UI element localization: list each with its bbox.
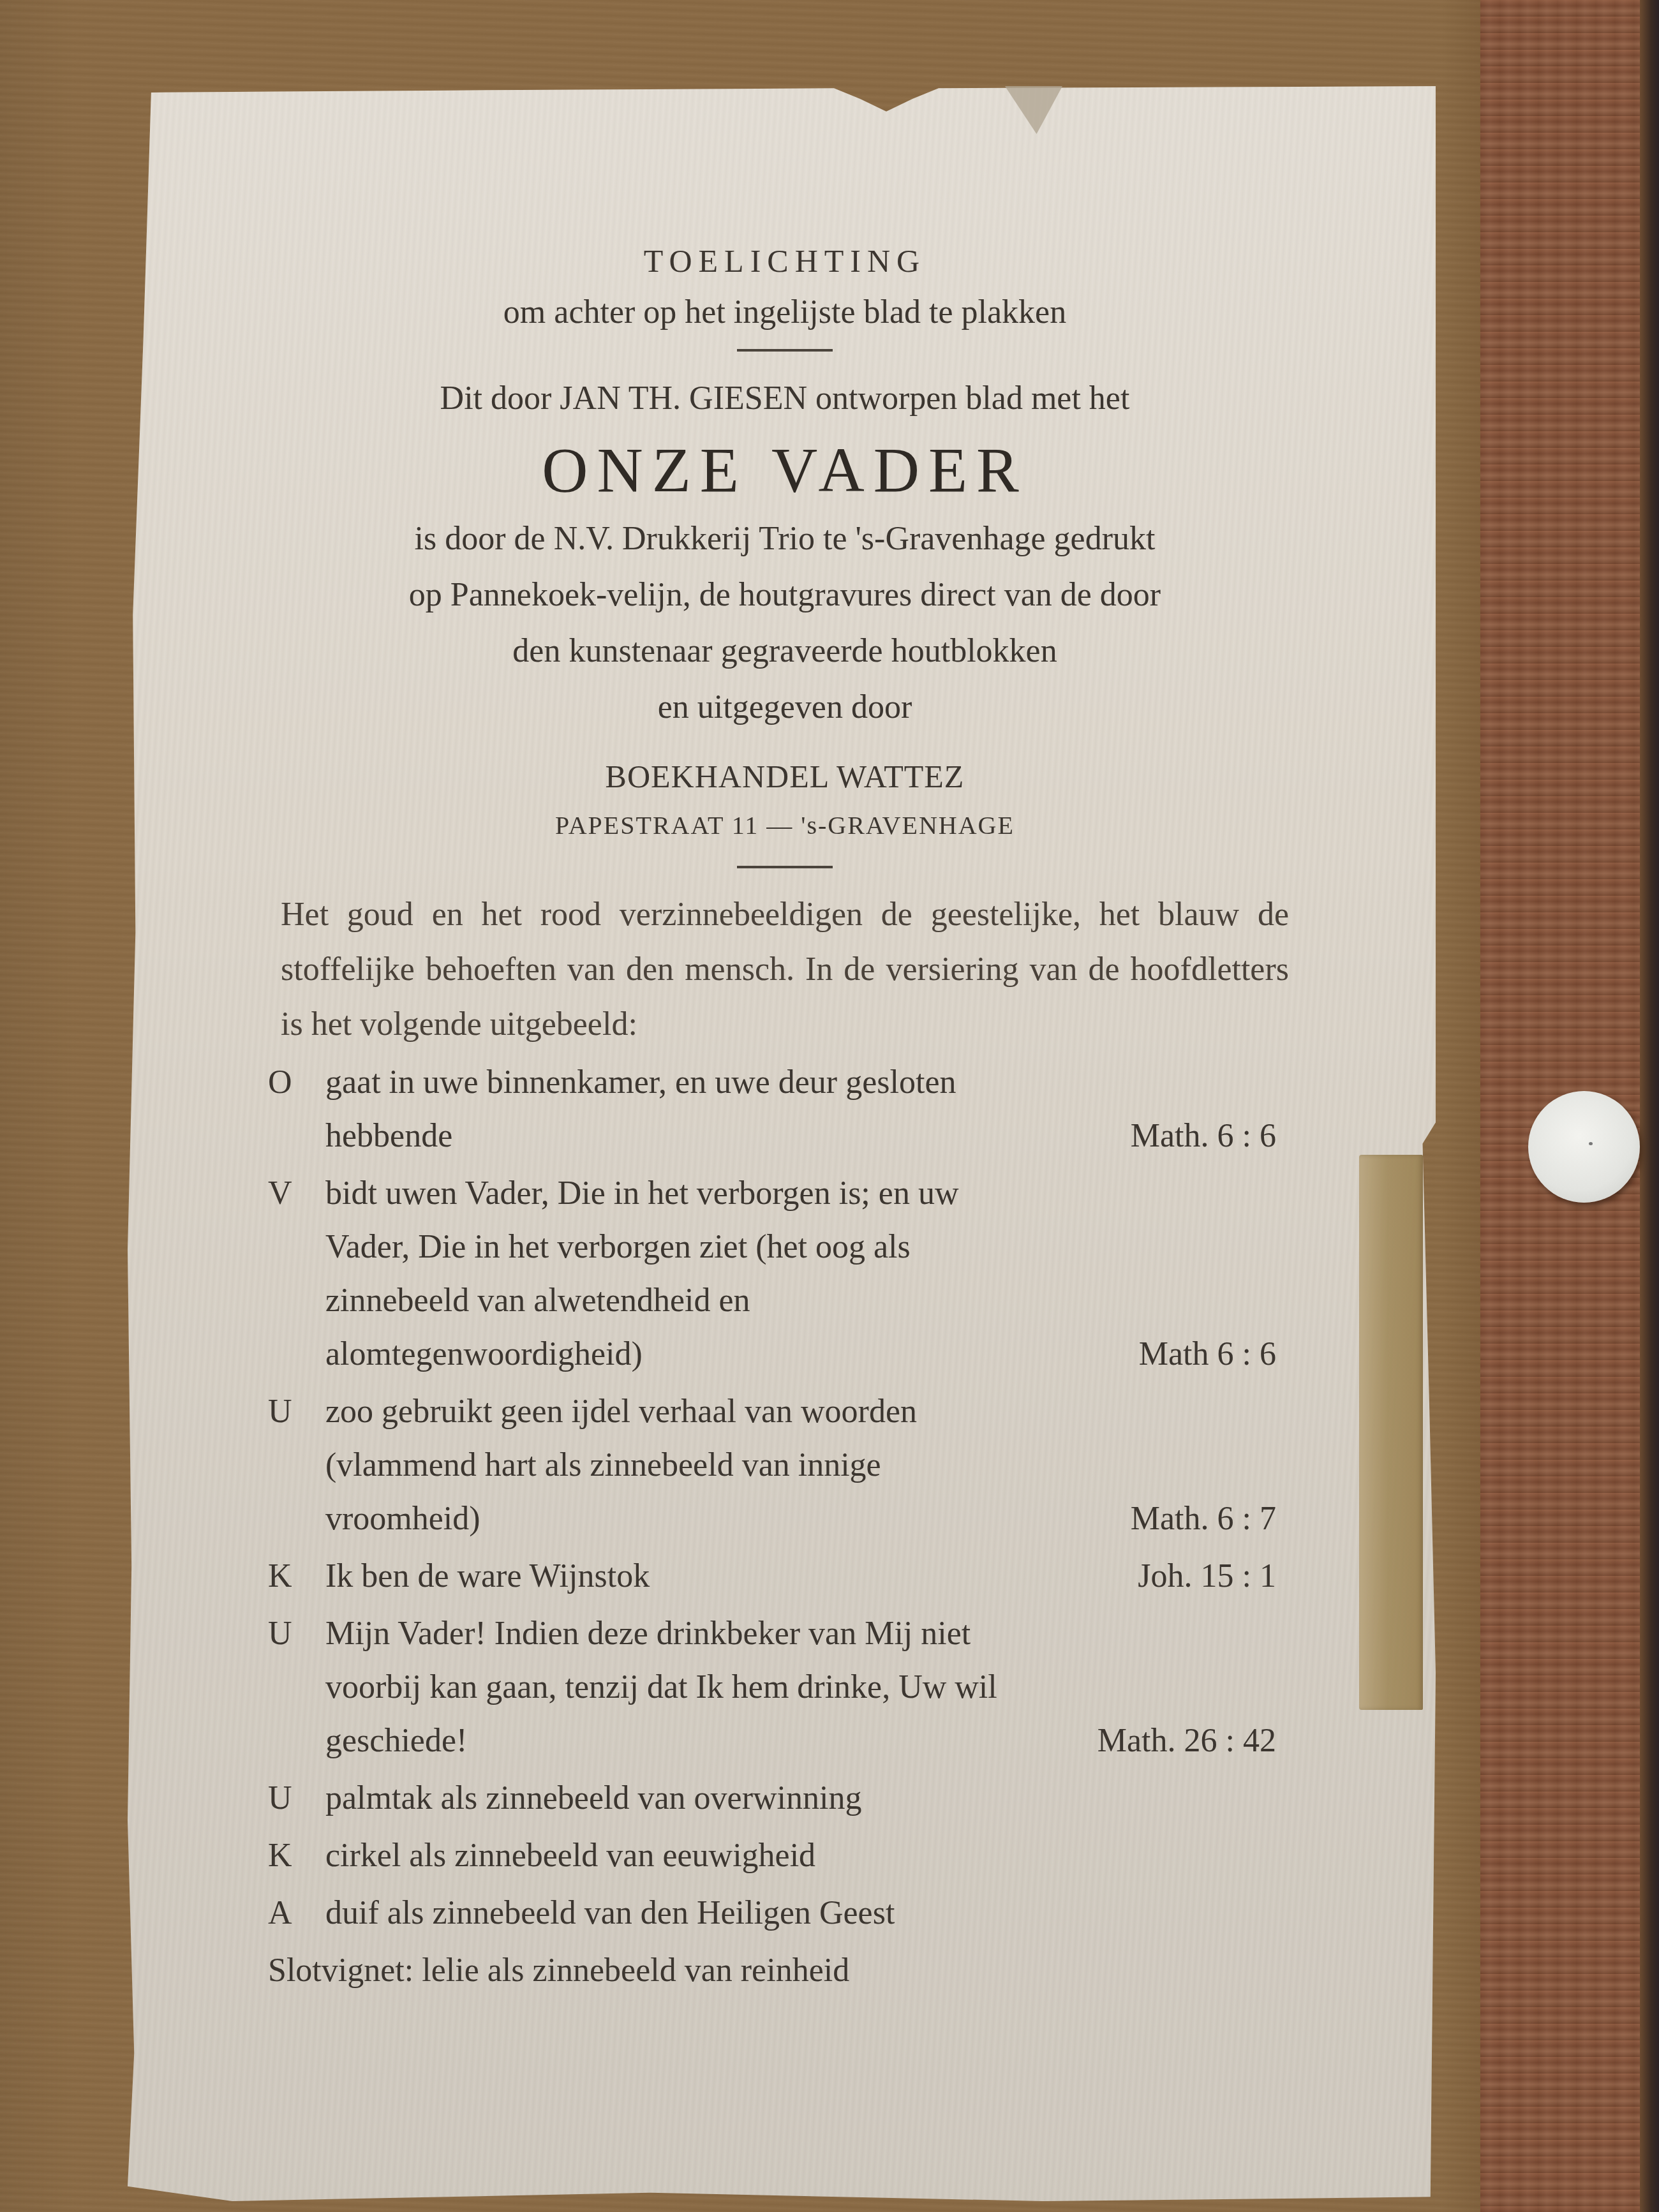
bible-reference: Joh. 15 : 1 bbox=[1138, 1550, 1276, 1603]
print-line: en uitgegeven door bbox=[281, 679, 1289, 736]
frame-edge bbox=[1640, 0, 1659, 2212]
document-content: TOELICHTING om achter op het ingelijste … bbox=[281, 242, 1289, 1998]
document-subheading: om achter op het ingelijste blad te plak… bbox=[281, 293, 1289, 331]
entry-letter: K bbox=[268, 1550, 325, 1603]
entry-text: Mijn Vader! Indien deze drinkbeker van M… bbox=[325, 1607, 1005, 1768]
document-heading: TOELICHTING bbox=[281, 242, 1289, 279]
push-pin-icon bbox=[1528, 1091, 1640, 1203]
document-title: ONZE VADER bbox=[281, 432, 1289, 508]
publisher-name: BOEKHANDEL WATTEZ bbox=[281, 750, 1289, 803]
list-item: A duif als zinnebeeld van den Heiligen G… bbox=[268, 1887, 1289, 1940]
bible-reference: Math. 6 : 7 bbox=[1131, 1492, 1276, 1546]
divider bbox=[737, 866, 833, 868]
list-item: O gaat in uwe binnenkamer, en uwe deur g… bbox=[268, 1056, 1289, 1163]
print-line: op Pannekoek-velijn, de houtgravures dir… bbox=[281, 567, 1289, 623]
print-line: den kunstenaar gegraveerde houtblokken bbox=[281, 623, 1289, 679]
explanation-paragraph: Het goud en het rood verzinnebeeldigen d… bbox=[281, 887, 1289, 1052]
entry-letter: K bbox=[268, 1829, 325, 1883]
entry-text: palmtak als zinnebeeld van overwinning bbox=[325, 1772, 1005, 1825]
print-line: is door de N.V. Drukkerij Trio te 's-Gra… bbox=[281, 511, 1289, 567]
entry-letter: V bbox=[268, 1167, 325, 1381]
closing-vignette-note: Slotvignet: lelie als zinnebeeld van rei… bbox=[268, 1944, 1289, 1998]
adhesive-tape bbox=[1359, 1155, 1423, 1710]
publisher-address: PAPESTRAAT 11 — 's-GRAVENHAGE bbox=[281, 803, 1289, 848]
divider bbox=[737, 349, 833, 352]
intro-line: Dit door JAN TH. GIESEN ontworpen blad m… bbox=[281, 371, 1289, 427]
entry-text: bidt uwen Vader, Die in het verborgen is… bbox=[325, 1167, 1005, 1381]
list-item: U palmtak als zinnebeeld van overwinning bbox=[268, 1772, 1289, 1825]
list-item: V bidt uwen Vader, Die in het verborgen … bbox=[268, 1167, 1289, 1381]
entry-letter: U bbox=[268, 1607, 325, 1768]
list-item: K Ik ben de ware Wijnstok Joh. 15 : 1 bbox=[268, 1550, 1289, 1603]
entry-text: duif als zinnebeeld van den Heiligen Gee… bbox=[325, 1887, 1005, 1940]
entry-text: cirkel als zinnebeeld van eeuwigheid bbox=[325, 1829, 1005, 1883]
entry-letter: U bbox=[268, 1772, 325, 1825]
list-item: U zoo gebruikt geen ijdel verhaal van wo… bbox=[268, 1385, 1289, 1546]
entry-text: zoo gebruikt geen ijdel verhaal van woor… bbox=[325, 1385, 1005, 1546]
entry-letter: O bbox=[268, 1056, 325, 1163]
list-item: K cirkel als zinnebeeld van eeuwigheid bbox=[268, 1829, 1289, 1883]
pin-center bbox=[1589, 1142, 1593, 1145]
entry-text: Ik ben de ware Wijnstok bbox=[325, 1550, 1005, 1603]
entry-letter: A bbox=[268, 1887, 325, 1940]
bible-reference: Math 6 : 6 bbox=[1139, 1328, 1276, 1381]
entry-text: gaat in uwe binnenkamer, en uwe deur ges… bbox=[325, 1056, 1005, 1163]
letter-list: O gaat in uwe binnenkamer, en uwe deur g… bbox=[268, 1056, 1289, 1998]
list-item: U Mijn Vader! Indien deze drinkbeker van… bbox=[268, 1607, 1289, 1768]
entry-letter: U bbox=[268, 1385, 325, 1546]
bible-reference: Math. 26 : 42 bbox=[1097, 1714, 1276, 1768]
bible-reference: Math. 6 : 6 bbox=[1131, 1110, 1276, 1163]
